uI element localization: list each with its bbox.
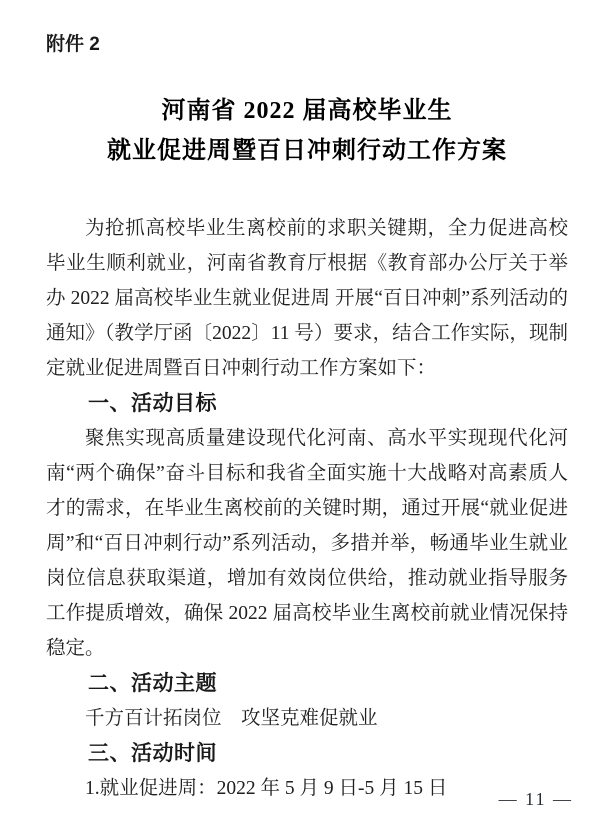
- intro-paragraph: 为抢抓高校毕业生离校前的求职关键期，全力促进高校毕业生顺利就业，河南省教育厅根据…: [46, 211, 568, 386]
- page-number: — 11 —: [499, 789, 573, 810]
- document-title-line2: 就业促进周暨百日冲刺行动工作方案: [46, 131, 568, 171]
- section-heading-time: 三、活动时间: [46, 736, 568, 771]
- document-title-line1: 河南省 2022 届高校毕业生: [46, 91, 568, 131]
- section-heading-goals: 一、活动目标: [46, 386, 568, 421]
- document-page: 附件 2 河南省 2022 届高校毕业生 就业促进周暨百日冲刺行动工作方案 为抢…: [0, 0, 614, 840]
- document-title: 河南省 2022 届高校毕业生 就业促进周暨百日冲刺行动工作方案: [46, 91, 568, 171]
- document-body: 为抢抓高校毕业生离校前的求职关键期，全力促进高校毕业生顺利就业，河南省教育厅根据…: [46, 211, 568, 806]
- section-heading-theme: 二、活动主题: [46, 666, 568, 701]
- section-goals-paragraph: 聚焦实现高质量建设现代化河南、高水平实现现代化河南“两个确保”奋斗目标和我省全面…: [46, 421, 568, 666]
- section-theme-paragraph: 千方百计拓岗位 攻坚克难促就业: [46, 701, 568, 736]
- attachment-label: 附件 2: [46, 33, 568, 57]
- section-time-paragraph: 1.就业促进周：2022 年 5 月 9 日-5 月 15 日: [46, 771, 568, 806]
